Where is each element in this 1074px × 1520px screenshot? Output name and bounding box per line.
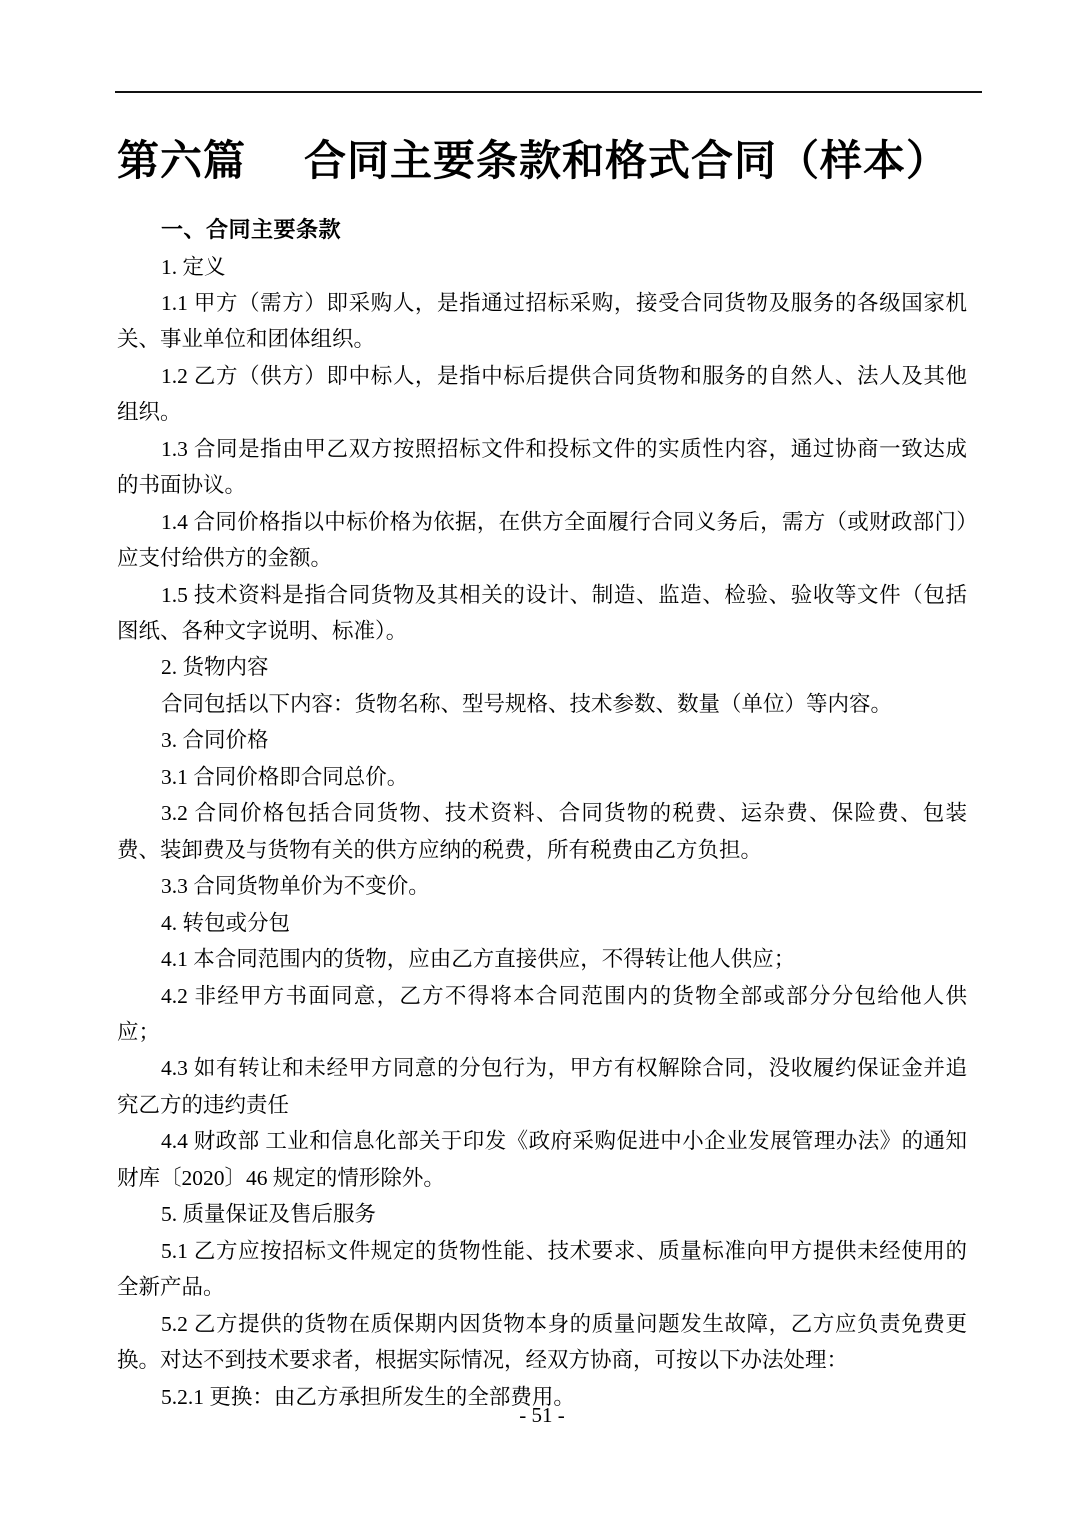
paragraph: 4.4 财政部 工业和信息化部关于印发《政府采购促进中小企业发展管理办法》的通知… <box>117 1123 967 1196</box>
paragraph: 5.2 乙方提供的货物在质保期内因货物本身的质量问题发生故障，乙方应负责免费更换… <box>117 1306 967 1379</box>
section-heading: 一、合同主要条款 <box>117 212 967 249</box>
paragraph: 3.1 合同价格即合同总价。 <box>117 759 967 795</box>
paragraph: 4. 转包或分包 <box>117 905 967 941</box>
title-chapter-label: 第六篇 <box>117 137 246 184</box>
paragraph: 1.2 乙方（供方）即中标人，是指中标后提供合同货物和服务的自然人、法人及其他组… <box>117 358 967 431</box>
header-rule <box>115 91 982 93</box>
document-title: 第六篇合同主要条款和格式合同（样本） <box>117 136 949 187</box>
paragraph: 1.1 甲方（需方）即采购人，是指通过招标采购，接受合同货物及服务的各级国家机关… <box>117 285 967 358</box>
document-body: 一、合同主要条款 1. 定义1.1 甲方（需方）即采购人，是指通过招标采购，接受… <box>117 212 967 1415</box>
paragraph: 4.3 如有转让和未经甲方同意的分包行为，甲方有权解除合同，没收履约保证金并追究… <box>117 1050 967 1123</box>
paragraph: 4.1 本合同范围内的货物，应由乙方直接供应，不得转让他人供应； <box>117 941 967 977</box>
title-main-text: 合同主要条款和格式合同（样本） <box>304 139 949 185</box>
paragraph: 1. 定义 <box>117 249 967 285</box>
paragraph: 1.4 合同价格指以中标价格为依据，在供方全面履行合同义务后，需方（或财政部门）… <box>117 504 967 577</box>
paragraph-list: 1. 定义1.1 甲方（需方）即采购人，是指通过招标采购，接受合同货物及服务的各… <box>117 249 967 1416</box>
paragraph: 3.2 合同价格包括合同货物、技术资料、合同货物的税费、运杂费、保险费、包装费、… <box>117 795 967 868</box>
paragraph: 4.2 非经甲方书面同意，乙方不得将本合同范围内的货物全部或部分分包给他人供应； <box>117 978 967 1051</box>
page-number: - 51 - <box>117 1401 967 1429</box>
document-page: 第六篇合同主要条款和格式合同（样本） 一、合同主要条款 1. 定义1.1 甲方（… <box>0 0 1074 1520</box>
paragraph: 5.1 乙方应按招标文件规定的货物性能、技术要求、质量标准向甲方提供未经使用的全… <box>117 1233 967 1306</box>
paragraph: 1.5 技术资料是指合同货物及其相关的设计、制造、监造、检验、验收等文件（包括图… <box>117 577 967 650</box>
paragraph: 3.3 合同货物单价为不变价。 <box>117 868 967 904</box>
paragraph: 合同包括以下内容：货物名称、型号规格、技术参数、数量（单位）等内容。 <box>117 686 967 722</box>
paragraph: 2. 货物内容 <box>117 649 967 685</box>
paragraph: 5. 质量保证及售后服务 <box>117 1196 967 1232</box>
paragraph: 3. 合同价格 <box>117 722 967 758</box>
paragraph: 1.3 合同是指由甲乙双方按照招标文件和投标文件的实质性内容，通过协商一致达成的… <box>117 431 967 504</box>
